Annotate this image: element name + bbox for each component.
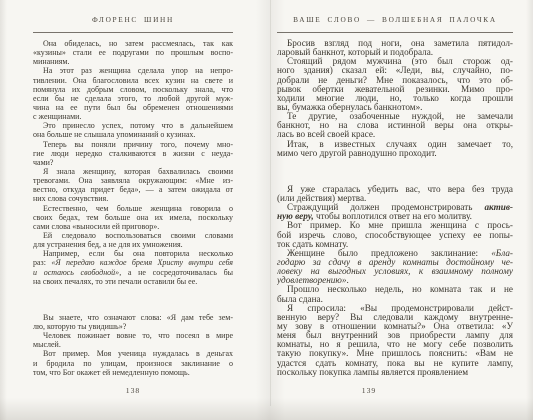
text-line: Те другие, озабоченные нуждой, не замеча…	[277, 112, 513, 121]
paragraph: Я знала женщину, которая бахвалилась сво…	[33, 167, 233, 204]
text-segment: Я спросила: «Вы продемонстрировали дейст…	[287, 304, 513, 313]
text-segment: тревогами. Она заявляла окружающим: «Мне…	[33, 176, 233, 185]
text-segment: гие люди нередко сталкиваются в жизни с …	[33, 149, 233, 158]
page-text-left: Она обиделась, но затем рассмеялась, так…	[33, 39, 233, 377]
text-line: Например, если бы она повторила нескольк…	[33, 249, 233, 258]
text-segment: На этот раз женщина сделала упор на непр…	[43, 66, 233, 75]
text-line: Она обиделась, но затем рассмеялась, так…	[33, 39, 233, 48]
text-segment: на своих печалях, то эти печали оставили…	[33, 277, 197, 286]
text-line: чами?	[33, 158, 233, 167]
text-line: Я спросила: «Вы продемонстрировали дейст…	[277, 304, 513, 313]
text-segment: лась во всей своей красе.	[277, 130, 375, 139]
text-segment: комнаты, но я решила, что не могу себе п…	[277, 340, 513, 349]
text-line: ларовый банкнот, который и подобрала.	[277, 48, 513, 57]
text-segment: Вы знаете, что означают слова: «Я дам те…	[43, 313, 233, 322]
text-segment: она больше не слышала упоминаний о кузин…	[33, 130, 195, 139]
paragraph: Вот пример. Ко мне пришла женщина с прос…	[277, 221, 513, 248]
text-segment: ную веру,	[277, 212, 314, 221]
text-line: лю, которую ты увидишь»?	[33, 322, 233, 331]
text-line: Вы знаете, что означают слова: «Я дам те…	[33, 313, 233, 322]
text-segment: му зову в отношении комнаты?» Она ответи…	[277, 322, 513, 331]
text-segment: помянула их добрым словом, поскольку зна…	[33, 85, 233, 94]
paragraph: Бросив взгляд под ноги, она заметила пят…	[277, 39, 513, 57]
text-line: она больше не слышала упоминаний о кузин…	[33, 130, 233, 139]
text-segment: с женщинами.	[33, 112, 81, 121]
paragraph: Стоящий рядом мужчина (это был сторож од…	[277, 57, 513, 112]
text-segment: том, что Бог окажет ей немедленную помощ…	[33, 368, 190, 377]
text-line: удастся сдать комнату, пока вы не купите…	[277, 359, 513, 368]
text-segment: бой изречь слово, способствующее успеху …	[277, 231, 513, 240]
text-line: Я знала женщину, которая бахвалилась сво…	[33, 167, 233, 176]
text-line: Стоящий рядом мужчина (это был сторож од…	[277, 57, 513, 66]
text-segment: «Бла-	[491, 249, 513, 258]
text-segment: поскольку покупка лампы является проявле…	[277, 368, 468, 377]
header-rule-right	[277, 32, 513, 33]
text-segment: «Я передаю каждое бремя Христу внутри се…	[51, 258, 233, 267]
text-line: чина на ее пути был бы обременен отношен…	[33, 103, 233, 112]
paragraph: Ей следовало воспользоваться своими слов…	[33, 231, 233, 249]
paragraph: На этот раз женщина сделала упор на непр…	[33, 66, 233, 121]
paragraph: Это принесло успех, потому что в дальней…	[33, 121, 233, 139]
text-segment: минаниям.	[33, 57, 69, 66]
text-line: мыслей.	[33, 340, 233, 349]
left-page: ФЛОРЕНС ШИНН Она обиделась, но затем рас…	[0, 0, 266, 420]
text-line: раз: «Я передаю каждое бремя Христу внут…	[33, 258, 233, 267]
text-line: ную веру, чтобы воплотился ответ на его …	[277, 212, 513, 221]
text-segment: чина на ее пути был бы обременен отношен…	[33, 103, 233, 112]
text-segment: «кузины» стали ее подругами по прошлым в…	[33, 48, 233, 57]
text-line: Вот пример. Ко мне пришла женщина с прос…	[277, 221, 513, 230]
page-number-left: 138	[33, 386, 233, 395]
text-segment: , а не сосредоточивалась бы	[119, 268, 233, 277]
text-line: банкнот, но на слова истинной веры она о…	[277, 121, 513, 130]
text-line: Итак, в известных случаях один замечает …	[277, 140, 513, 149]
text-segment: Ей следовало воспользоваться своими слов…	[43, 231, 233, 240]
text-segment: мимо чего другой равнодушно проходит.	[277, 149, 437, 158]
text-line: На этот раз женщина сделала упор на непр…	[33, 66, 233, 75]
page-number-right: 139	[251, 386, 487, 395]
text-line: вестно, откуда придет беда», — а затем о…	[33, 185, 233, 194]
text-segment: своих бедах, тем больше она их имела, по…	[33, 213, 233, 222]
text-line: Бросив взгляд под ноги, она заметила пят…	[277, 39, 513, 48]
text-line: такую покупку». Мне пришлось пояснить: «…	[277, 349, 513, 358]
text-segment: Прошло несколько недель, но комната так …	[287, 285, 513, 294]
text-line: бой изречь слово, способствующее успеху …	[277, 231, 513, 240]
text-segment: Стоящий рядом мужчина (это был сторож од…	[287, 57, 513, 66]
paragraph: Итак, в известных случаях один замечает …	[277, 140, 513, 158]
text-line: Прошло несколько недель, но комната так …	[277, 285, 513, 294]
text-line: вы, бумажка обернулась банкнотом».	[277, 103, 513, 112]
text-line: помянула их добрым словом, поскольку зна…	[33, 85, 233, 94]
header-rule-left	[33, 32, 233, 33]
text-segment: Естественно, чем больше женщина говорила…	[43, 204, 233, 213]
text-segment: удовлетворению»	[277, 276, 346, 285]
text-line: том, что Бог окажет ей немедленную помощ…	[33, 368, 233, 377]
text-segment: такую покупку». Мне пришлось пояснить: «…	[277, 349, 513, 358]
text-segment: Это принесло успех, потому что в дальней…	[43, 121, 233, 130]
paragraph: Естественно, чем больше женщина говорила…	[33, 204, 233, 231]
paragraph: Женщине было предложено заклинание: «Бла…	[277, 249, 513, 286]
text-line: комнаты, но я решила, что не могу себе п…	[277, 340, 513, 349]
text-segment: лю, которую ты увидишь»?	[33, 322, 126, 331]
text-line: них слова сочувствия.	[33, 194, 233, 203]
text-segment: Женщине было предложено заклинание:	[287, 249, 491, 258]
text-segment: чтобы воплотился ответ на его молитву.	[314, 212, 472, 221]
paragraph: Страждущий должен продемонстрировать акт…	[277, 203, 513, 221]
text-line: и остаюсь свободной», а не сосредоточива…	[33, 268, 233, 277]
text-line: (или действия) мертва.	[277, 194, 513, 203]
text-segment: Бросив взгляд под ноги, она заметила пят…	[287, 39, 513, 48]
text-segment: банкнот, но на слова истинной веры она о…	[277, 121, 513, 130]
text-segment: ного здания) сказал ей: «Леди, вы, случа…	[277, 66, 513, 75]
text-line: «кузины» стали ее подругами по прошлым в…	[33, 48, 233, 57]
right-page: ВАШЕ СЛОВО — ВОЛШЕБНАЯ ПАЛОЧКА Бросив вз…	[266, 0, 533, 420]
text-segment: меня был внутренний зов приобрести лампу…	[277, 331, 513, 340]
text-segment: и остаюсь свободной»	[33, 268, 119, 277]
text-segment: .	[346, 276, 348, 285]
text-line: рывок обертки жевательной резинки. Мимо …	[277, 85, 513, 94]
text-segment: Человек пожинает вовне то, что посеял в …	[43, 331, 233, 340]
text-segment: Вот пример. Моя ученица нуждалась в день…	[43, 349, 233, 358]
paragraph: Те другие, озабоченные нуждой, не замеча…	[277, 112, 513, 139]
text-line: тревогами. Она заявляла окружающим: «Мне…	[33, 176, 233, 185]
text-line: Естественно, чем больше женщина говорила…	[33, 204, 233, 213]
text-line: Я уже старалась убедить вас, что вера бе…	[277, 185, 513, 194]
running-head-right: ВАШЕ СЛОВО — ВОЛШЕБНАЯ ПАЛОЧКА	[277, 15, 513, 25]
text-segment: Страждущий должен продемонстрировать	[287, 203, 484, 212]
text-segment: Итак, в известных случаях один замечает …	[287, 140, 513, 149]
text-line: лась во всей своей красе.	[277, 130, 513, 139]
text-segment: вестно, откуда придет беда», — а затем о…	[33, 185, 233, 194]
page-text-right: Бросив взгляд под ноги, она заметила пят…	[277, 39, 513, 377]
text-segment: для устранения бед, а не для их умножени…	[33, 240, 183, 249]
paragraph: Например, если бы она повторила нескольк…	[33, 249, 233, 286]
text-line: была сдана.	[277, 295, 513, 304]
text-line: если бы не сделала этого, то любой друго…	[33, 94, 233, 103]
text-segment: тивлении. Она благословила всех кузин на…	[33, 76, 233, 85]
text-segment: добрали не деньги? Мне показалось, что э…	[277, 76, 513, 85]
text-line: тивлении. Она благословила всех кузин на…	[33, 76, 233, 85]
paragraph: Прошло несколько недель, но комната так …	[277, 285, 513, 303]
text-segment: если бы не сделала этого, то любой друго…	[33, 94, 233, 103]
text-segment: Я знала женщину, которая бахвалилась сво…	[43, 167, 233, 176]
text-segment: венную веру? Вы следовали каждому внутре…	[277, 313, 513, 322]
text-line: Женщине было предложено заклинание: «Бла…	[277, 249, 513, 258]
text-segment: Я уже старалась убедить вас, что вера бе…	[287, 185, 513, 194]
text-line: добрали не деньги? Мне показалось, что э…	[277, 76, 513, 85]
text-line: на своих печалях, то эти печали оставили…	[33, 277, 233, 286]
text-segment: них слова сочувствия.	[33, 194, 108, 203]
text-segment: Например, если бы она повторила нескольк…	[43, 249, 233, 258]
text-line: мимо чего другой равнодушно проходит.	[277, 149, 513, 158]
text-segment: была сдана.	[277, 295, 323, 304]
text-line: ного здания) сказал ей: «Леди, вы, случа…	[277, 66, 513, 75]
text-line: венную веру? Вы следовали каждому внутре…	[277, 313, 513, 322]
text-line: удовлетворению».	[277, 276, 513, 285]
paragraph: Вы знаете, что означают слова: «Я дам те…	[33, 313, 233, 331]
text-line: гие люди нередко сталкиваются в жизни с …	[33, 149, 233, 158]
text-line: му зову в отношении комнаты?» Она ответи…	[277, 322, 513, 331]
text-segment: мыслей.	[33, 340, 61, 349]
paragraph: Человек пожинает вовне то, что посеял в …	[33, 331, 233, 349]
text-line: с женщинами.	[33, 112, 233, 121]
text-segment: ток сдать комнату.	[277, 240, 348, 249]
text-line: Теперь вы поняли причину того, почему мн…	[33, 140, 233, 149]
running-head-left: ФЛОРЕНС ШИНН	[33, 15, 233, 25]
paragraph: Теперь вы поняли причину того, почему мн…	[33, 140, 233, 167]
text-line: меня был внутренний зов приобрести лампу…	[277, 331, 513, 340]
book-spread: ФЛОРЕНС ШИНН Она обиделась, но затем рас…	[0, 0, 533, 420]
text-segment: сами слова «выносили ей приговор».	[33, 222, 159, 231]
text-line: Вот пример. Моя ученица нуждалась в день…	[33, 349, 233, 358]
paragraph: Я уже старалась убедить вас, что вера бе…	[277, 185, 513, 203]
text-segment: годарю за сдачу в аренду комнаты достойн…	[277, 258, 513, 267]
paragraph: Она обиделась, но затем рассмеялась, так…	[33, 39, 233, 66]
text-segment: и бродила по улицам, произнося заклинани…	[33, 359, 233, 368]
text-line: годарю за сдачу в аренду комнаты достойн…	[277, 258, 513, 267]
text-line: ловеку на выгодных условиях, к взаимному…	[277, 267, 513, 276]
text-segment: ларовый банкнот, который и подобрала.	[277, 48, 433, 57]
text-line: сами слова «выносили ей приговор».	[33, 222, 233, 231]
text-segment: ловеку на выгодных условиях, к взаимному…	[277, 267, 513, 276]
text-segment: ходили многие люди, но, только когда про…	[277, 94, 513, 103]
text-line: Ей следовало воспользоваться своими слов…	[33, 231, 233, 240]
text-segment: (или действия) мертва.	[277, 194, 366, 203]
text-line: ток сдать комнату.	[277, 240, 513, 249]
text-line: Это принесло успех, потому что в дальней…	[33, 121, 233, 130]
text-line: и бродила по улицам, произнося заклинани…	[33, 359, 233, 368]
text-segment: чами?	[33, 158, 53, 167]
paragraph: Я спросила: «Вы продемонстрировали дейст…	[277, 304, 513, 377]
text-segment: удастся сдать комнату, пока вы не купите…	[277, 359, 513, 368]
paragraph: Вот пример. Моя ученица нуждалась в день…	[33, 349, 233, 376]
text-line: Страждущий должен продемонстрировать акт…	[277, 203, 513, 212]
text-line: минаниям.	[33, 57, 233, 66]
text-segment: раз:	[33, 258, 51, 267]
text-segment: Теперь вы поняли причину того, почему мн…	[43, 140, 233, 149]
text-segment: вы, бумажка обернулась банкнотом».	[277, 103, 422, 112]
text-segment: Вот пример. Ко мне пришла женщина с прос…	[287, 221, 513, 230]
text-line: для устранения бед, а не для их умножени…	[33, 240, 233, 249]
text-segment: Она обиделась, но затем рассмеялась, так…	[43, 39, 233, 48]
text-line: поскольку покупка лампы является проявле…	[277, 368, 513, 377]
text-line: Человек пожинает вовне то, что посеял в …	[33, 331, 233, 340]
text-segment: актив-	[484, 203, 513, 212]
text-segment: рывок обертки жевательной резинки. Мимо …	[277, 85, 513, 94]
text-segment: Те другие, озабоченные нуждой, не замеча…	[287, 112, 513, 121]
text-line: ходили многие люди, но, только когда про…	[277, 94, 513, 103]
text-line: своих бедах, тем больше она их имела, по…	[33, 213, 233, 222]
